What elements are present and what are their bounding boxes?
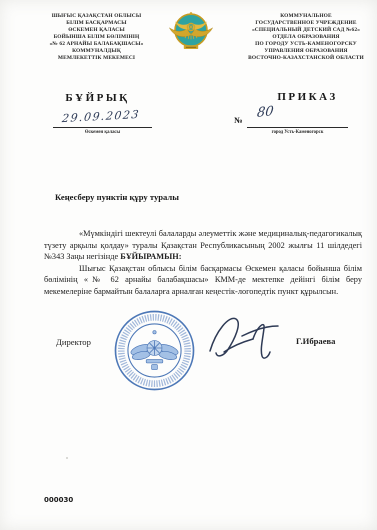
org-ru-line: ГОСУДАРСТВЕННОЕ УЧРЕЖДЕНИЕ (238, 20, 374, 27)
place-russian: город Усть-Каменогорск (247, 130, 348, 135)
order-heading-kazakh: БҰЙРЫҚ (35, 92, 160, 104)
date-underline (53, 127, 152, 128)
form-number: 000030 (44, 496, 73, 504)
signer-name: Г.Ибраева (296, 336, 335, 346)
org-kk-line: ӨСКЕМЕН ҚАЛАСЫ (33, 27, 160, 34)
place-kazakh: Өскемен қаласы (53, 130, 152, 135)
kazakhstan-state-emblem-icon (167, 9, 215, 53)
body-paragraph-2: Шығыс Қазақстан облысы білім басқармасы … (44, 263, 362, 298)
org-ru-line: ПО ГОРОДУ УСТЬ-КАМЕНОГОРСКУ (238, 41, 374, 48)
signer-position-title: Директор (56, 337, 91, 347)
scan-speck (66, 457, 68, 459)
handwritten-date: 29.09.2023 (61, 108, 140, 125)
handwritten-order-number: 80 (256, 104, 274, 121)
org-kk-line: КОММУНАЛДЫҚ (33, 48, 160, 55)
order-subject: Кеңесберу пунктін құру туралы (55, 192, 179, 202)
org-ru-line: ВОСТОЧНО-КАЗАХСТАНСКОЙ ОБЛАСТИ (238, 55, 374, 62)
org-name-russian: КОММУНАЛЬНОЕ ГОСУДАРСТВЕННОЕ УЧРЕЖДЕНИЕ … (238, 13, 374, 62)
org-kk-line: БІЛІМ БАСҚАРМАСЫ (33, 20, 160, 27)
org-ru-line: ОТДЕЛА ОБРАЗОВАНИЯ (238, 34, 374, 41)
number-sign: № (234, 115, 243, 125)
org-ru-line: КОММУНАЛЬНОЕ (238, 13, 374, 20)
number-underline (247, 127, 348, 128)
org-ru-line: УПРАВЛЕНИЯ ОБРАЗОВАНИЯ (238, 48, 374, 55)
round-official-stamp (113, 309, 196, 392)
org-kk-line: ШЫҒЫС ҚАЗАҚСТАН ОБЛЫСЫ (33, 13, 160, 20)
org-ru-line: «СПЕЦИАЛЬНЫЙ ДЕТСКИЙ САД №62» (238, 27, 374, 34)
order-heading-russian: ПРИКАЗ (240, 91, 375, 103)
order-body: «Мүмкіндігі шектеулі балаларды әлеуметті… (44, 228, 362, 298)
paragraph-1-text: «Мүмкіндігі шектеулі балаларды әлеуметті… (44, 229, 362, 261)
paragraph-1-resolution-word: БҰЙЫРАМЫН: (120, 252, 181, 261)
org-kk-line: «№ 62 АРНАЙЫ БАЛАБАҚШАСЫ» (33, 41, 160, 48)
body-paragraph-1: «Мүмкіндігі шектеулі балаларды әлеуметті… (44, 228, 362, 263)
org-kk-line: БОЙЫНША БІЛІМ БӨЛІМІНІҢ (33, 34, 160, 41)
paragraph-2-text: Шығыс Қазақстан облысы білім басқармасы … (44, 264, 362, 296)
scanned-order-document: ШЫҒЫС ҚАЗАҚСТАН ОБЛЫСЫ БІЛІМ БАСҚАРМАСЫ … (0, 0, 377, 530)
org-kk-line: МЕМЛЕКЕТТІК МЕКЕМЕСІ (33, 55, 160, 62)
org-name-kazakh: ШЫҒЫС ҚАЗАҚСТАН ОБЛЫСЫ БІЛІМ БАСҚАРМАСЫ … (33, 13, 160, 62)
director-signature (204, 311, 284, 359)
